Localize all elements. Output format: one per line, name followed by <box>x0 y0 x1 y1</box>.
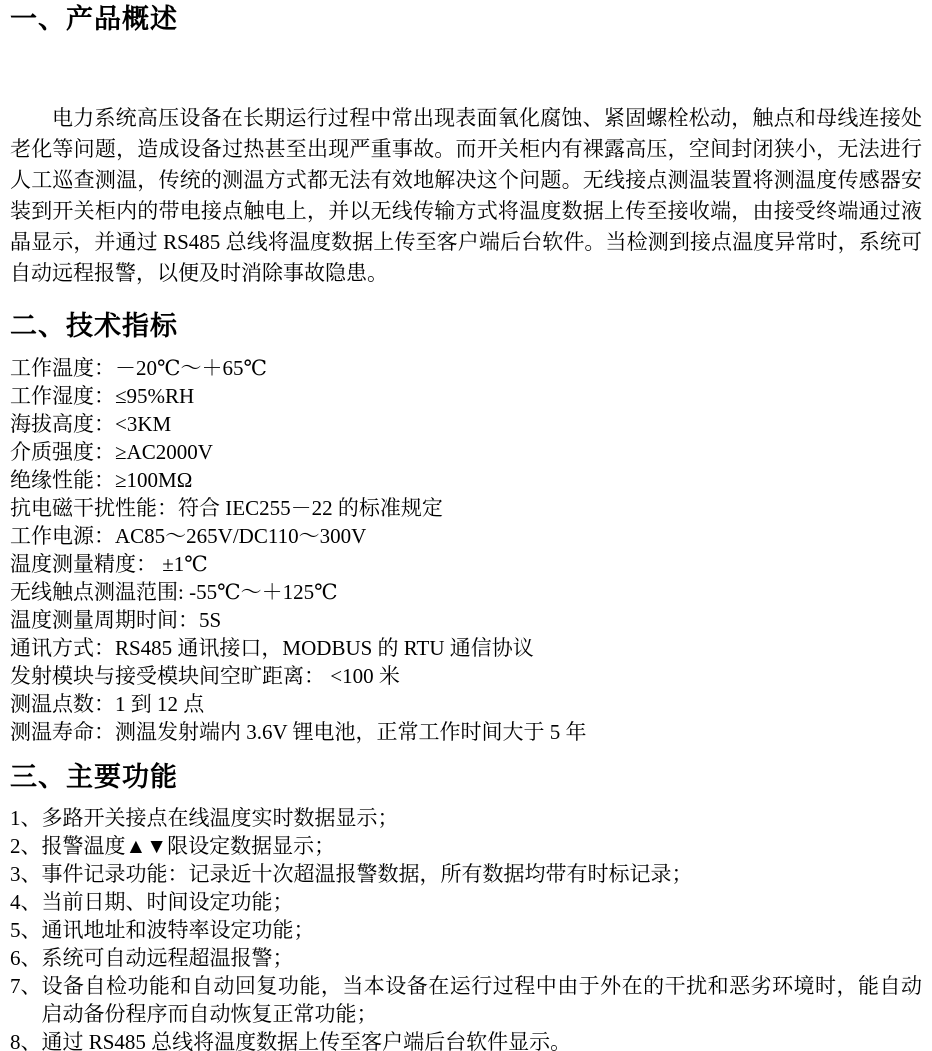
function-item-text: 通过 RS485 总线将温度数据上传至客户端后台软件显示。 <box>42 1028 923 1051</box>
spec-list: 工作温度：－20℃～＋65℃ 工作湿度：≤95%RH 海拔高度：<3KM 介质强… <box>10 354 922 746</box>
function-item-text: 当前日期、时间设定功能； <box>42 888 923 916</box>
function-item-text: 设备自检功能和自动回复功能，当本设备在运行过程中由于外在的干扰和恶劣环境时，能自… <box>42 972 923 1028</box>
spec-line-dielectric-strength: 介质强度：≥AC2000V <box>10 438 922 466</box>
function-item-number: 1、 <box>10 804 42 832</box>
function-item: 1、 多路开关接点在线温度实时数据显示； <box>10 804 922 832</box>
function-item-number: 6、 <box>10 944 42 972</box>
overview-paragraph: 电力系统高压设备在长期运行过程中常出现表面氧化腐蚀、紧固螺栓松动，触点和母线连接… <box>10 103 922 289</box>
spec-line-insulation: 绝缘性能：≥100MΩ <box>10 466 922 494</box>
spec-line-measure-cycle: 温度测量周期时间：5S <box>10 606 922 634</box>
document-page: 一、产品概述 电力系统高压设备在长期运行过程中常出现表面氧化腐蚀、紧固螺栓松动，… <box>0 3 932 1051</box>
function-item: 2、 报警温度▲▼限设定数据显示； <box>10 832 922 860</box>
function-item-number: 8、 <box>10 1028 42 1051</box>
function-item-text: 多路开关接点在线温度实时数据显示； <box>42 804 923 832</box>
spec-line-battery-life: 测温寿命：测温发射端内 3.6V 锂电池，正常工作时间大于 5 年 <box>10 718 922 746</box>
function-item-text: 事件记录功能：记录近十次超温报警数据，所有数据均带有时标记录； <box>42 860 923 888</box>
function-item-text: 系统可自动远程超温报警； <box>42 944 923 972</box>
function-item-number: 3、 <box>10 860 42 888</box>
function-item-number: 4、 <box>10 888 42 916</box>
function-item: 3、 事件记录功能：记录近十次超温报警数据，所有数据均带有时标记录； <box>10 860 922 888</box>
function-item-text: 报警温度▲▼限设定数据显示； <box>42 832 923 860</box>
heading-product-overview: 一、产品概述 <box>10 3 922 36</box>
spec-line-measure-points: 测温点数：1 到 12 点 <box>10 690 922 718</box>
function-item: 6、 系统可自动远程超温报警； <box>10 944 922 972</box>
spec-line-communication: 通讯方式：RS485 通讯接口，MODBUS 的 RTU 通信协议 <box>10 634 922 662</box>
function-list: 1、 多路开关接点在线温度实时数据显示； 2、 报警温度▲▼限设定数据显示； 3… <box>10 804 922 1051</box>
spec-line-operating-temperature: 工作温度：－20℃～＋65℃ <box>10 354 922 382</box>
function-item: 5、 通讯地址和波特率设定功能； <box>10 916 922 944</box>
spec-line-measure-range: 无线触点测温范围: -55℃～＋125℃ <box>10 578 922 606</box>
function-item-number: 7、 <box>10 972 42 1000</box>
spec-line-altitude: 海拔高度：<3KM <box>10 410 922 438</box>
function-item: 4、 当前日期、时间设定功能； <box>10 888 922 916</box>
spec-line-operating-humidity: 工作湿度：≤95%RH <box>10 382 922 410</box>
spec-line-power-supply: 工作电源：AC85～265V/DC110～300V <box>10 522 922 550</box>
heading-technical-specs: 二、技术指标 <box>10 310 922 343</box>
spec-line-emc: 抗电磁干扰性能：符合 IEC255－22 的标准规定 <box>10 494 922 522</box>
function-item: 8、 通过 RS485 总线将温度数据上传至客户端后台软件显示。 <box>10 1028 922 1051</box>
spec-line-measure-accuracy: 温度测量精度： ±1℃ <box>10 550 922 578</box>
function-item-text: 通讯地址和波特率设定功能； <box>42 916 923 944</box>
function-item: 7、 设备自检功能和自动回复功能，当本设备在运行过程中由于外在的干扰和恶劣环境时… <box>10 972 922 1028</box>
function-item-number: 5、 <box>10 916 42 944</box>
function-item-number: 2、 <box>10 832 42 860</box>
spec-line-transmit-distance: 发射模块与接受模块间空旷距离： <100 米 <box>10 662 922 690</box>
heading-main-functions: 三、主要功能 <box>10 761 922 794</box>
